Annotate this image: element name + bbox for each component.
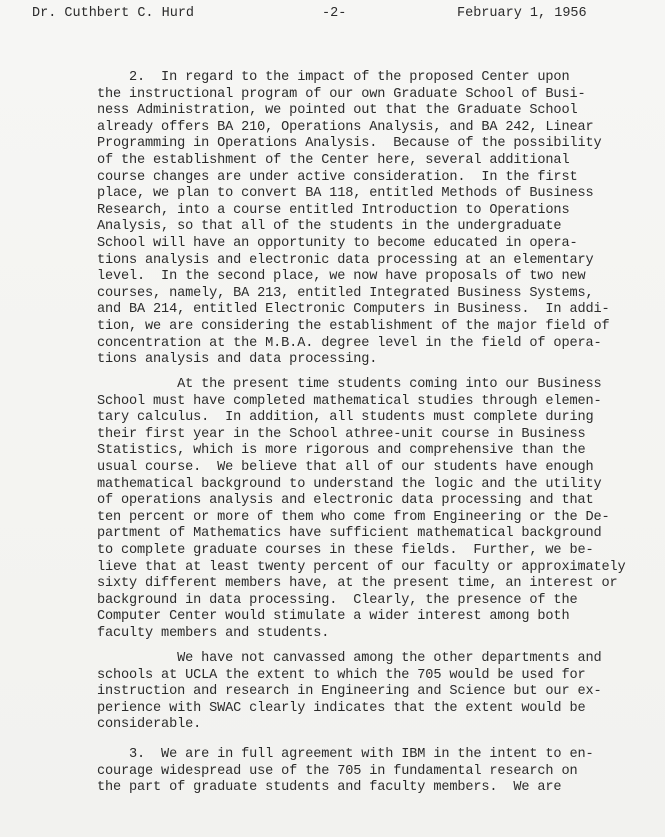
text-line: the part of graduate students and facult… [97, 780, 657, 797]
text-line: faculty members and students. [97, 626, 657, 643]
text-line: concentration at the M.B.A. degree level… [97, 336, 657, 353]
text-line: their first year in the School athree-un… [97, 427, 657, 444]
recipient-name: Dr. Cuthbert C. Hurd [32, 6, 194, 21]
text-line: courage widespread use of the 705 in fun… [97, 764, 657, 781]
text-line: tions analysis and electronic data proce… [97, 253, 657, 270]
text-line: mathematical background to understand th… [97, 477, 657, 494]
paragraph-present-time: At the present time students coming into… [97, 377, 657, 643]
text-line: At the present time students coming into… [97, 377, 657, 394]
text-line: and BA 214, entitled Electronic Computer… [97, 302, 657, 319]
text-line: of operations analysis and electronic da… [97, 493, 657, 510]
letter-page: Dr. Cuthbert C. Hurd -2- February 1, 195… [0, 0, 665, 837]
text-line: Statistics, which is more rigorous and c… [97, 443, 657, 460]
text-line: partment of Mathematics have sufficient … [97, 526, 657, 543]
text-line: considerable. [97, 717, 657, 734]
text-line: ten percent or more of them who come fro… [97, 510, 657, 527]
text-line: course changes are under active consider… [97, 170, 657, 187]
text-line: schools at UCLA the extent to which the … [97, 668, 657, 685]
text-line: Computer Center would stimulate a wider … [97, 609, 657, 626]
text-line: place, we plan to convert BA 118, entitl… [97, 186, 657, 203]
text-line: 2. In regard to the impact of the propos… [97, 70, 657, 87]
page-number: -2- [322, 6, 346, 21]
text-line: Programming in Operations Analysis. Beca… [97, 136, 657, 153]
text-line: tary calculus. In addition, all students… [97, 410, 657, 427]
text-line: ness Administration, we pointed out that… [97, 103, 657, 120]
text-line: already offers BA 210, Operations Analys… [97, 120, 657, 137]
text-line: 3. We are in full agreement with IBM in … [97, 747, 657, 764]
text-line: usual course. We believe that all of our… [97, 460, 657, 477]
text-line: background in data processing. Clearly, … [97, 593, 657, 610]
text-line: We have not canvassed among the other de… [97, 651, 657, 668]
text-line: tion, we are considering the establishme… [97, 319, 657, 336]
text-line: sixty different members have, at the pre… [97, 576, 657, 593]
text-line: tions analysis and data processing. [97, 352, 657, 369]
text-line: of the establishment of the Center here,… [97, 153, 657, 170]
letter-date: February 1, 1956 [457, 6, 587, 21]
text-line: instruction and research in Engineering … [97, 684, 657, 701]
text-line: School must have completed mathematical … [97, 394, 657, 411]
letter-header: Dr. Cuthbert C. Hurd -2- February 1, 195… [0, 6, 665, 26]
text-line: perience with SWAC clearly indicates tha… [97, 701, 657, 718]
text-line: School will have an opportunity to becom… [97, 236, 657, 253]
paragraph-2: 2. In regard to the impact of the propos… [97, 70, 657, 369]
text-line: Research, into a course entitled Introdu… [97, 203, 657, 220]
text-line: level. In the second place, we now have … [97, 269, 657, 286]
paragraph-3: 3. We are in full agreement with IBM in … [97, 747, 657, 797]
text-line: courses, namely, BA 213, entitled Integr… [97, 286, 657, 303]
text-line: to complete graduate courses in these fi… [97, 543, 657, 560]
text-line: lieve that at least twenty percent of ou… [97, 560, 657, 577]
paragraph-canvassed: We have not canvassed among the other de… [97, 651, 657, 734]
text-line: Analysis, so that all of the students in… [97, 219, 657, 236]
text-line: the instructional program of our own Gra… [97, 87, 657, 104]
